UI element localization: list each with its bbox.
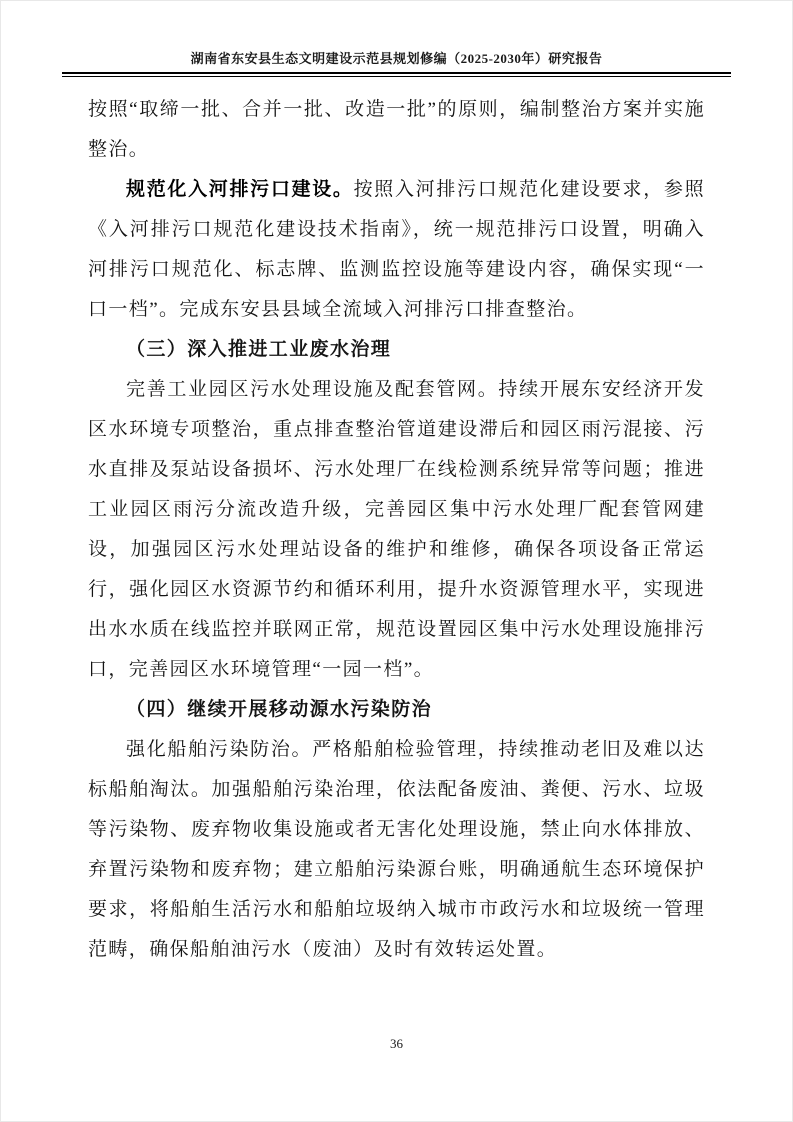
section-heading: （四）继续开展移动源水污染防治 <box>88 690 705 730</box>
header-rule-thick <box>62 72 731 74</box>
page-number: 36 <box>0 1036 793 1052</box>
document-body: 按照“取缔一批、合并一批、改造一批”的原则，编制整治方案并实施整治。规范化入河排… <box>88 90 705 970</box>
paragraph: 强化船舶污染防治。严格船舶检验管理，持续推动老旧及难以达标船舶淘汰。加强船舶污染… <box>88 730 705 970</box>
paragraph: 规范化入河排污口建设。按照入河排污口规范化建设要求，参照《入河排污口规范化建设技… <box>88 170 705 330</box>
section-heading: （三）深入推进工业废水治理 <box>88 330 705 370</box>
header-rule-thin <box>62 76 731 77</box>
document-page: 湖南省东安县生态文明建设示范县规划修编（2025-2030年）研究报告 按照“取… <box>0 0 793 1122</box>
paragraph-bold-lead: 规范化入河排污口建设。 <box>126 179 354 200</box>
page-header: 湖南省东安县生态文明建设示范县规划修编（2025-2030年）研究报告 <box>62 50 731 77</box>
page-header-title: 湖南省东安县生态文明建设示范县规划修编（2025-2030年）研究报告 <box>62 50 731 68</box>
paragraph: 按照“取缔一批、合并一批、改造一批”的原则，编制整治方案并实施整治。 <box>88 90 705 170</box>
paragraph: 完善工业园区污水处理设施及配套管网。持续开展东安经济开发区水环境专项整治，重点排… <box>88 370 705 690</box>
